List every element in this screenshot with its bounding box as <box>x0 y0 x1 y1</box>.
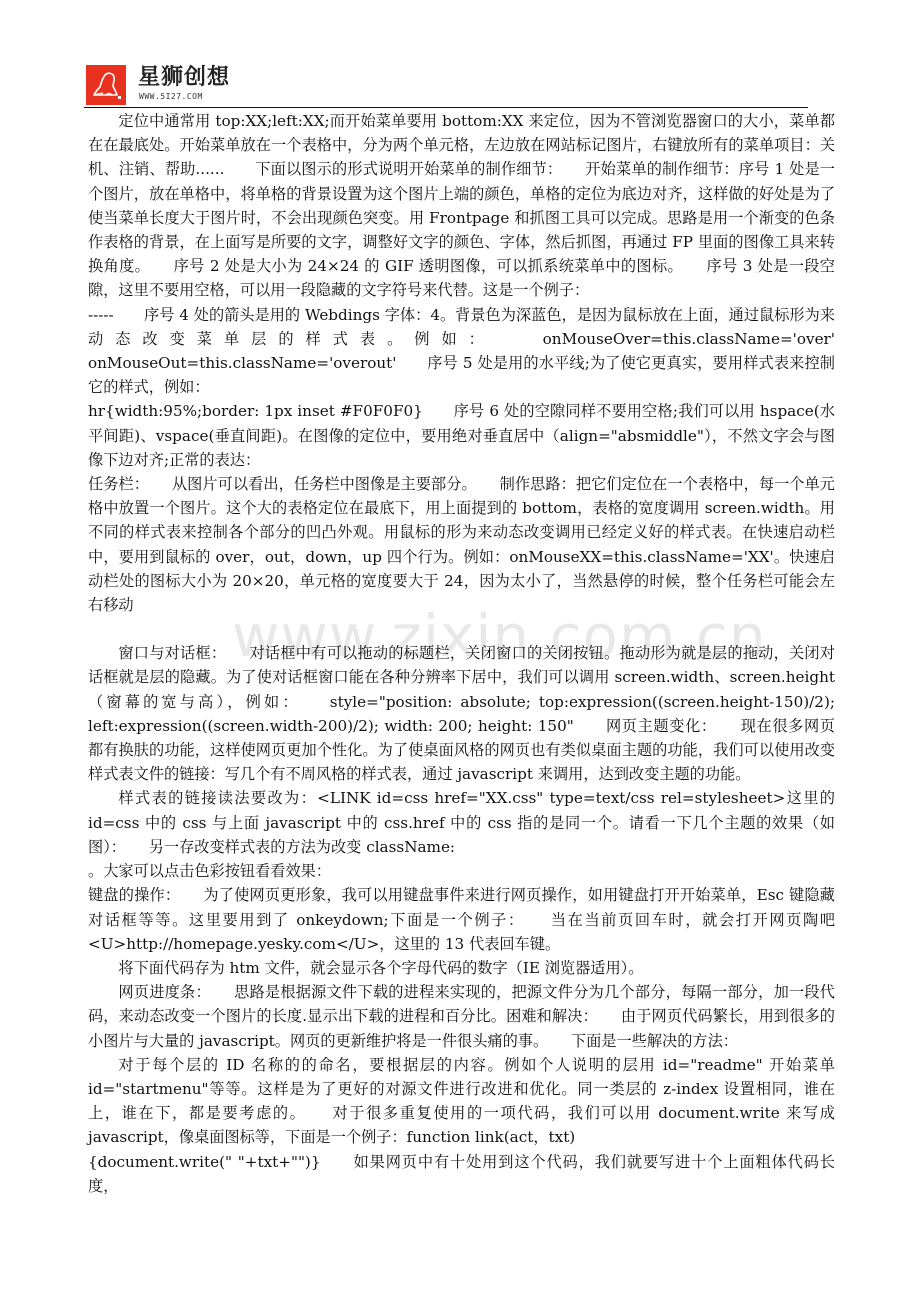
paragraph: onMouseOut=this.className='overout' 序号 5… <box>88 351 835 399</box>
brand-url: WWW.5I27.COM <box>139 92 203 102</box>
paragraph: 窗口与对话框： 对话框中有可以拖动的标题栏，关闭窗口的关闭按钮。拖动形为就是层的… <box>88 641 835 786</box>
paragraph: 。大家可以点击色彩按钮看看效果： <box>88 859 835 883</box>
paragraph: 键盘的操作： 为了使网页更形象，我可以用键盘事件来进行网页操作，如用键盘打开开始… <box>88 883 835 956</box>
header-divider <box>84 107 808 108</box>
document-page: 星狮创想 WWW.5I27.COM 定位中通常用 top:XX;left:XX;… <box>0 0 920 1302</box>
paragraph: 样式表的链接读法要改为：<LINK id=css href="XX.css" t… <box>88 786 835 859</box>
document-body: 定位中通常用 top:XX;left:XX;而开始菜单要用 bottom:XX … <box>88 109 835 1198</box>
paragraph: {document.write(" "+txt+"")} 如果网页中有十处用到这… <box>88 1150 835 1198</box>
brand-name: 星狮创想 <box>138 65 230 91</box>
paragraph-gap <box>88 617 835 641</box>
page-header: 星狮创想 WWW.5I27.COM <box>86 63 816 107</box>
paragraph: 网页进度条： 思路是根据源文件下载的进程来实现的，把源文件分为几个部分，每隔一部… <box>88 980 835 1053</box>
paragraph: 将下面代码存为 htm 文件，就会显示各个字母代码的数字（IE 浏览器适用）。 <box>88 956 835 980</box>
paragraph: 定位中通常用 top:XX;left:XX;而开始菜单要用 bottom:XX … <box>88 109 835 303</box>
paragraph: 对于每个层的 ID 名称的的命名，要根据层的内容。例如个人说明的层用 id="r… <box>88 1053 835 1150</box>
paragraph: ----- 序号 4 处的箭头是用的 Webdings 字体：4。背景色为深蓝色… <box>88 303 835 351</box>
paragraph: hr{width:95%;border: 1px inset #F0F0F0} … <box>88 399 835 472</box>
lion-logo-icon <box>86 65 126 105</box>
paragraph: 任务栏： 从图片可以看出，任务栏中图像是主要部分。 制作思路：把它们定位在一个表… <box>88 472 835 617</box>
